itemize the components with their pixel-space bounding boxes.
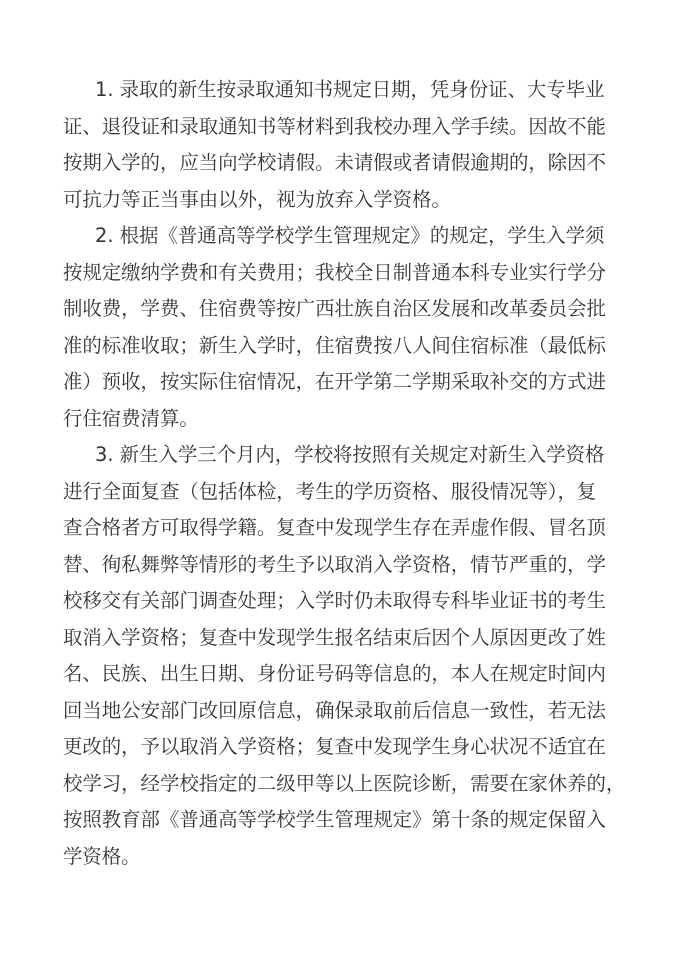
text-line: 按期入学的，应当向学校请假。未请假或者请假逾期的，除因不 — [63, 145, 608, 182]
text-line: 2. 根据《普通高等学校学生管理规定》的规定，学生入学须 — [63, 218, 608, 255]
text-line: 更改的，予以取消入学资格；复查中发现学生身心状况不适宜在 — [63, 729, 608, 766]
text-line: 准的标准收取；新生入学时，住宿费按八人间住宿标准（最低标 — [63, 328, 608, 365]
text-line: 3. 新生入学三个月内，学校将按照有关规定对新生入学资格 — [63, 437, 608, 474]
text-line: 取消入学资格；复查中发现学生报名结束后因个人原因更改了姓 — [63, 620, 608, 657]
text-line: 证、退役证和录取通知书等材料到我校办理入学手续。因故不能 — [63, 109, 608, 146]
text-line: 回当地公安部门改回原信息，确保录取前后信息一致性，若无法 — [63, 693, 608, 730]
paragraph-2: 2. 根据《普通高等学校学生管理规定》的规定，学生入学须按规定缴纳学费和有关费用… — [63, 218, 608, 437]
document-page: 1. 录取的新生按录取通知书规定日期，凭身份证、大专毕业证、退役证和录取通知书等… — [0, 0, 679, 960]
text-line: 制收费，学费、住宿费等按广西壮族自治区发展和改革委员会批 — [63, 291, 608, 328]
text-line: 行住宿费清算。 — [63, 401, 608, 438]
text-line: 查合格者方可取得学籍。复查中发现学生存在弄虚作假、冒名顶 — [63, 510, 608, 547]
text-line: 进行全面复查（包括体检，考生的学历资格、服役情况等），复 — [63, 474, 608, 511]
paragraph-1: 1. 录取的新生按录取通知书规定日期，凭身份证、大专毕业证、退役证和录取通知书等… — [63, 72, 608, 218]
text-line: 可抗力等正当事由以外，视为放弃入学资格。 — [63, 182, 608, 219]
text-line: 1. 录取的新生按录取通知书规定日期，凭身份证、大专毕业 — [63, 72, 608, 109]
paragraph-3: 3. 新生入学三个月内，学校将按照有关规定对新生入学资格进行全面复查（包括体检，… — [63, 437, 608, 875]
text-line: 学资格。 — [63, 839, 608, 876]
text-line: 校学习，经学校指定的二级甲等以上医院诊断，需要在家休养的， — [63, 766, 608, 803]
text-line: 按照教育部《普通高等学校学生管理规定》第十条的规定保留入 — [63, 802, 608, 839]
text-line: 准）预收，按实际住宿情况，在开学第二学期采取补交的方式进 — [63, 364, 608, 401]
text-line: 替、徇私舞弊等情形的考生予以取消入学资格，情节严重的，学 — [63, 547, 608, 584]
text-line: 校移交有关部门调查处理；入学时仍未取得专科毕业证书的考生 — [63, 583, 608, 620]
text-line: 按规定缴纳学费和有关费用；我校全日制普通本科专业实行学分 — [63, 255, 608, 292]
text-line: 名、民族、出生日期、身份证号码等信息的，本人在规定时间内 — [63, 656, 608, 693]
document-body-text: 1. 录取的新生按录取通知书规定日期，凭身份证、大专毕业证、退役证和录取通知书等… — [63, 72, 608, 875]
